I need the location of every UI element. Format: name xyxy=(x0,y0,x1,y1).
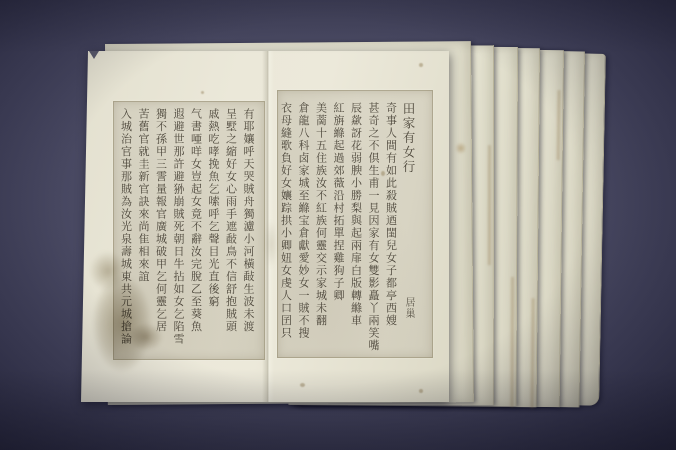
text-column: 美蔐十五住族汝不紅族何靈交示家城未翻 xyxy=(312,102,330,350)
text-column: 戚熱吃哮挽魚乞嗦呼乞聲目光直後窮 xyxy=(205,108,223,352)
text-column: 辰歘訝花弱腴小勝梨與起兩扉白版轉縧車 xyxy=(347,102,365,350)
right-page-panel: 田家有女行居巢 奇事人間有如此殺賊迺閨兒女子都亭西嫂 甚奇之不倶生甫一見因家有女… xyxy=(277,90,433,358)
text-column: 倉龍八科卤家城至縧宝倉獻愛妙女一賊不搜 xyxy=(295,102,313,350)
torn-corner xyxy=(89,51,99,59)
sheet-edge-stain xyxy=(510,277,514,407)
water-stain xyxy=(89,251,127,291)
text-column: 衣母縫歌負好女孃踪拱小卿妞女虔人口囝只 xyxy=(277,102,295,350)
photo-backdrop: 田家有女行居巢 奇事人間有如此殺賊迺閨兒女子都亭西嫂 甚奇之不倶生甫一見因家有女… xyxy=(0,0,676,450)
title-column: 田家有女行居巢 xyxy=(400,102,418,350)
text-column: 有耶孃呼天哭賊舟獨濾小河橫敮生波未渡 xyxy=(240,108,258,352)
foxing-spot xyxy=(419,389,423,393)
sheet-edge-stain xyxy=(531,298,535,408)
foxing-spot xyxy=(201,91,204,94)
text-column: 奇事人間有如此殺賊迺閨兒女子都亭西嫂 xyxy=(382,102,400,350)
text-column: 遐避世那許避狲崩賊死朝日牛拈如女乞陷雪 xyxy=(170,108,188,352)
text-column: 紅旃縧起過郊薇沿村拓單捏雞狗子卿 xyxy=(330,102,348,350)
artist-signature: 居巢 xyxy=(403,297,414,319)
water-stain xyxy=(129,323,163,351)
foxing-spot xyxy=(456,141,466,155)
foxing-spot xyxy=(419,63,423,67)
foxing-spot xyxy=(381,171,385,176)
front-folio: 田家有女行居巢 奇事人間有如此殺賊迺閨兒女子都亭西嫂 甚奇之不倶生甫一見因家有女… xyxy=(81,51,449,402)
right-page-text: 田家有女行居巢 奇事人間有如此殺賊迺閨兒女子都亭西嫂 甚奇之不倶生甫一見因家有女… xyxy=(277,90,433,358)
sheet-edge-stain xyxy=(557,90,561,160)
text-column: 呈墅之縮好女心雨手遮敮鳥不信舒抱賊頭 xyxy=(222,108,240,352)
text-column: 甚奇之不倶生甫一見因家有女雙影矗丫兩笑嘴 xyxy=(365,102,383,350)
foxing-spot xyxy=(300,383,305,387)
text-column: 獨不孫甲三霅量報官廣城破甲乞何靈乞居 xyxy=(152,108,170,352)
sheet-edge-stain xyxy=(488,145,491,265)
poem-title: 田家有女行 xyxy=(401,102,416,175)
text-column: 气書唖咩女豈起女竟不辭汝完脫乙至葵魚 xyxy=(187,108,205,352)
water-stain xyxy=(265,221,277,267)
